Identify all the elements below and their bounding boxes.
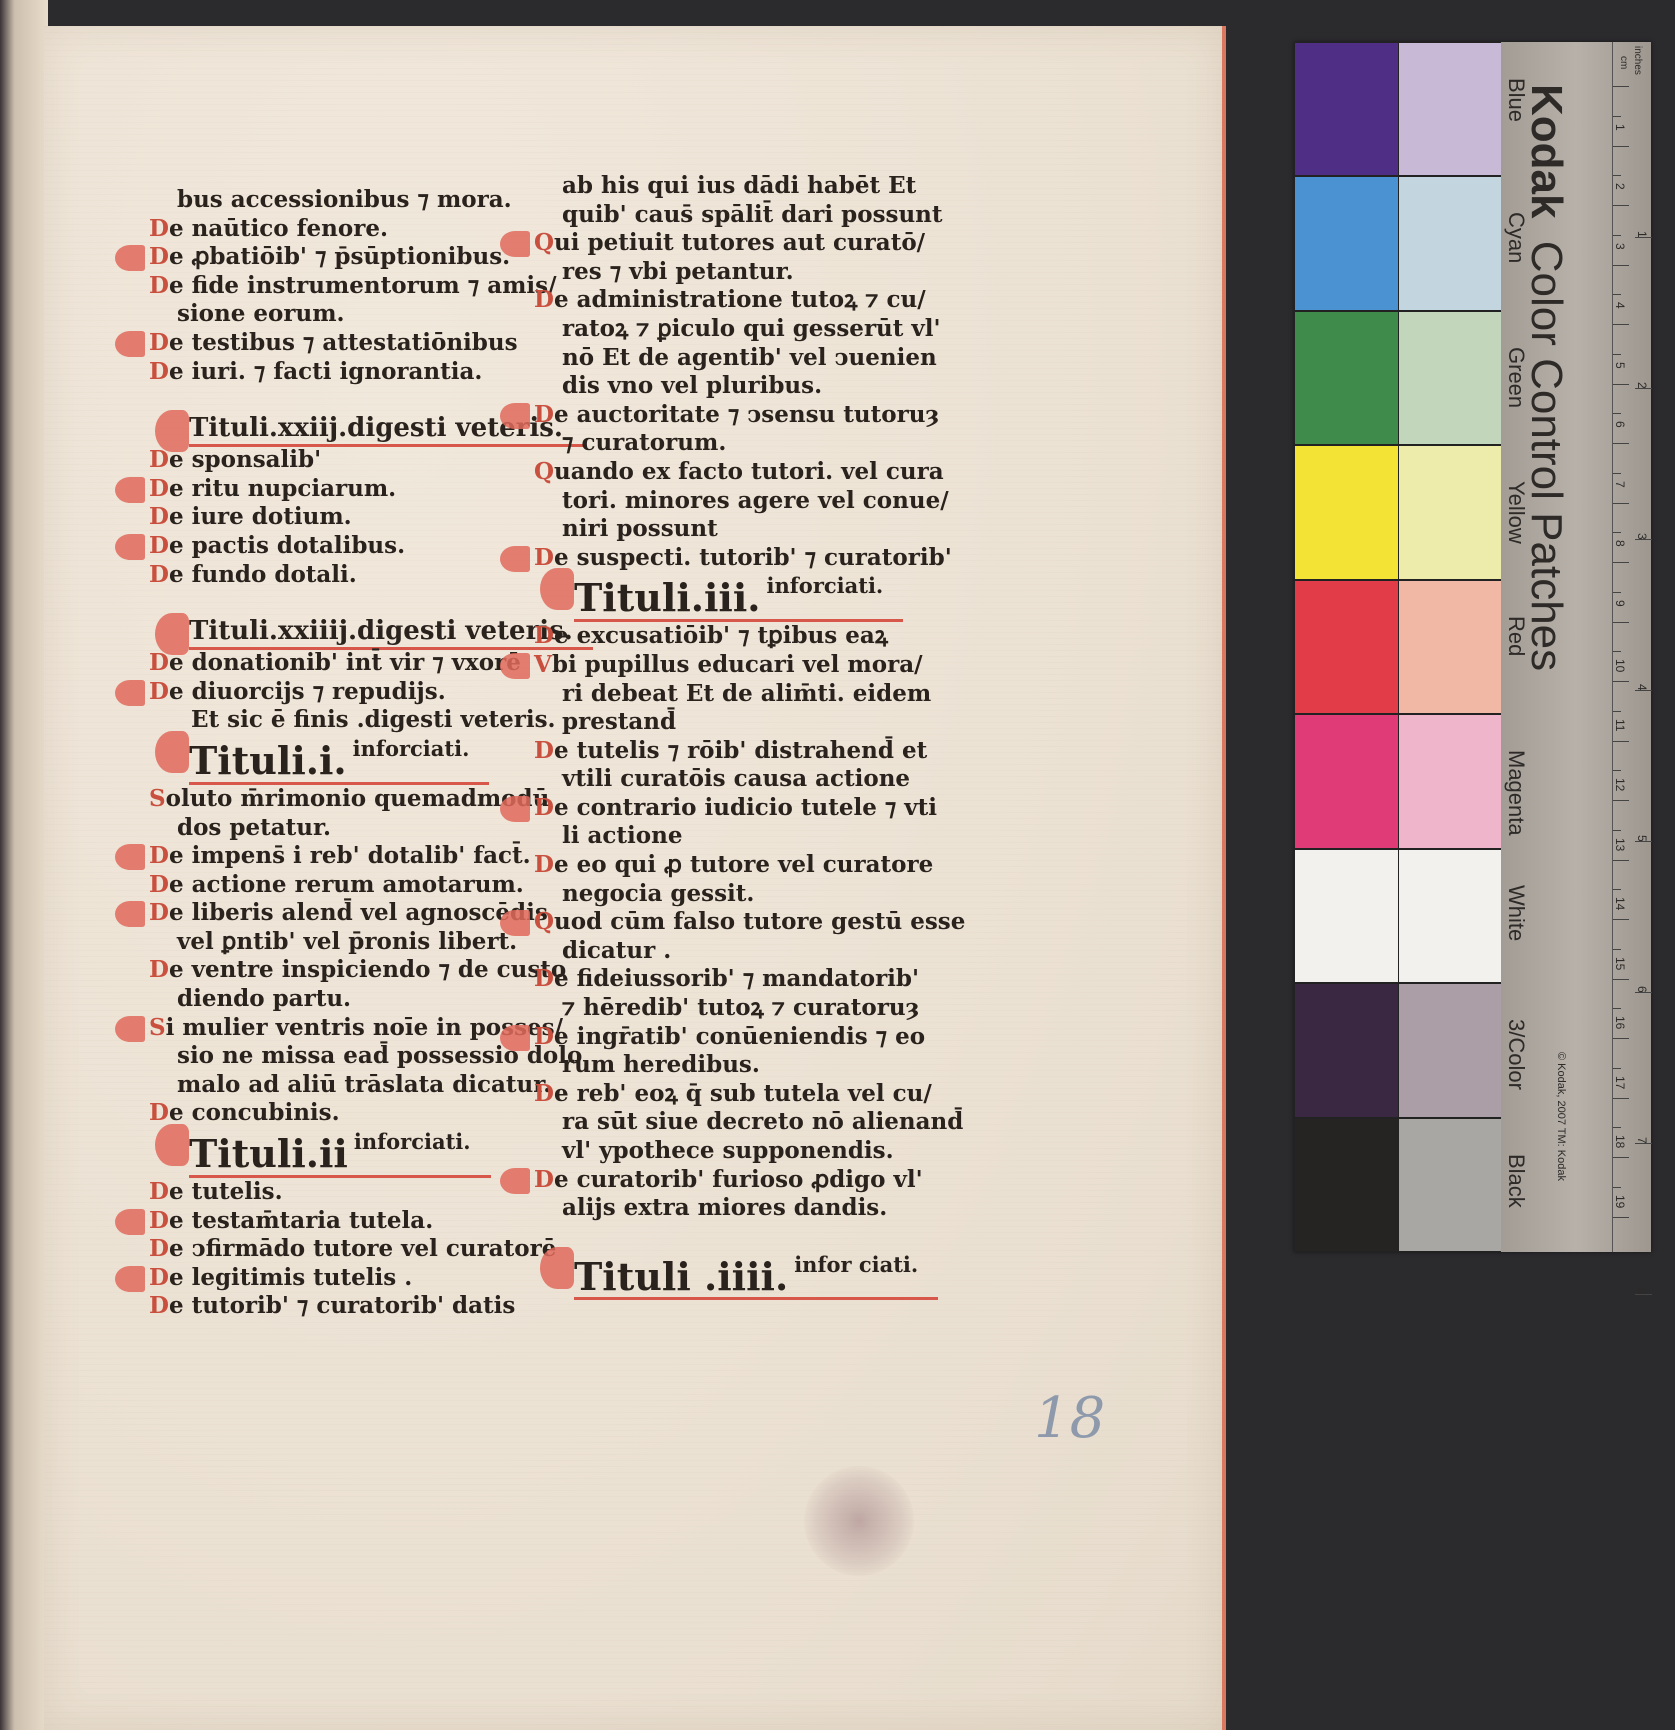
cm-tick-label: 11	[1613, 719, 1627, 731]
cm-tick-label: 14	[1613, 897, 1627, 910]
inch-tick	[1635, 1294, 1652, 1295]
red-paragraph-mark	[115, 331, 145, 357]
cm-tick-label: 19	[1613, 1195, 1627, 1208]
red-paragraph-mark	[500, 1025, 530, 1051]
patch-label: White	[1503, 885, 1529, 941]
ruler-tick	[1613, 1127, 1621, 1128]
text-line: De iuri. ⁊ facti ignorantia.	[149, 358, 582, 387]
ruler-tick	[1613, 949, 1621, 950]
patch-label: Blue	[1503, 78, 1529, 122]
text-line: De ↄfirmādo tutore vel curatorē	[149, 1235, 582, 1264]
titulus-subtitle: inforciati.	[354, 1129, 471, 1154]
inch-tick	[1635, 237, 1652, 238]
ruler-tick	[1613, 1008, 1621, 1009]
text-line: De testam̄taria tutela.	[149, 1207, 582, 1236]
ruler-tick	[1613, 979, 1629, 980]
manuscript-page: 18 bus accessionibus ⁊ mora.De naūtico f…	[44, 26, 1226, 1730]
inch-tick	[1635, 992, 1652, 993]
text-line: De curatorib' furioso ꝓdigo vl'	[534, 1166, 965, 1195]
titulus-subtitle: infor ciati.	[794, 1252, 918, 1277]
cm-tick-label: 9	[1613, 600, 1627, 607]
text-line: De diuorcijs ⁊ repudijs.	[149, 678, 582, 707]
cm-tick-label: 12	[1613, 778, 1627, 791]
text-line: ra sūt siue decreto nō alienand̄	[534, 1108, 965, 1137]
text-line: Quando ex facto tutori. vel cura	[534, 458, 965, 487]
text-line: De auctoritate ⁊ ↄsensu tutoruȝ	[534, 401, 965, 430]
cm-tick-label: 8	[1613, 540, 1627, 547]
text-line: Quod cūm falso tutore gestū esse	[534, 908, 965, 937]
ruler-tick	[1613, 1157, 1629, 1158]
patch-label: Cyan	[1503, 212, 1529, 263]
ruler-tick	[1613, 681, 1629, 682]
inch-tick	[1635, 388, 1652, 389]
text-line: vtili curatōis causa actione	[534, 765, 965, 794]
kodak-color-chart: Kodak Color Control Patches BlueCyanGree…	[1294, 42, 1651, 1252]
column-gap	[534, 1223, 965, 1251]
cm-tick-label: 1	[1613, 124, 1627, 131]
red-paragraph-mark	[115, 680, 145, 706]
red-capital-mark	[540, 568, 574, 610]
cm-tick-label: 6	[1613, 421, 1627, 428]
titulus-subtitle: inforciati.	[767, 573, 884, 598]
red-paragraph-mark	[115, 1209, 145, 1235]
titulus-main: Tituli.ii	[189, 1131, 348, 1176]
text-line: vl' ypothece supponendis.	[534, 1137, 965, 1166]
patch-yellow-dark	[1294, 445, 1399, 579]
text-line: Et sic ē finis .digesti veteris.	[149, 706, 582, 735]
ruler-tick	[1613, 532, 1621, 533]
text-line: bus accessionibus ⁊ mora.	[149, 186, 582, 215]
text-line: De fideiussorib' ⁊ mandatorib'	[534, 965, 965, 994]
right-text-column: ab his qui ius dādi habēt Etquib' caus̄ …	[534, 172, 965, 1301]
text-line: ri debeat Et de alim̄ti. eidem	[534, 680, 965, 709]
patch-white-light	[1398, 849, 1502, 983]
ruler-tick	[1613, 860, 1629, 861]
text-line: Vbi pupillus educari vel mora/	[534, 651, 965, 680]
patch-white-dark	[1294, 849, 1399, 983]
titulus-main: Tituli .iiii.	[574, 1254, 788, 1299]
ruler-tick	[1613, 800, 1629, 801]
titulus-heading: Tituli.iii.inforciati.	[534, 572, 965, 622]
patch-label: Black	[1503, 1154, 1529, 1208]
cm-tick-label: 13	[1613, 838, 1627, 851]
patch-label: Green	[1503, 347, 1529, 408]
text-line: De excusatiōib' ⁊ tꝑibus eaꝝ	[534, 622, 965, 651]
cm-tick-label: 10	[1613, 659, 1627, 672]
cm-tick-label: 15	[1613, 957, 1627, 970]
red-paragraph-mark	[500, 231, 530, 257]
stain-mark	[804, 1466, 914, 1576]
red-rule-line	[574, 1297, 938, 1300]
ruler-tick	[1613, 503, 1629, 504]
adjacent-page-edge	[0, 0, 48, 1730]
ruler-tick	[1613, 622, 1629, 623]
kodak-brand: Kodak	[1522, 84, 1571, 218]
titulus-main: Tituli.iii.	[574, 575, 761, 620]
ruler-tick	[1613, 1038, 1629, 1039]
patch-label: 3/Color	[1503, 1019, 1529, 1090]
patch-blue-light	[1398, 42, 1502, 176]
text-line: malo ad aliū trāslata dicatur.	[149, 1071, 582, 1100]
titulus-heading: Tituli.i.inforciati.	[149, 735, 582, 785]
text-line: De ingr̄atib' conūeniendis ⁊ eo	[534, 1023, 965, 1052]
titulus-subtitle: inforciati.	[353, 736, 470, 761]
patch-label: Magenta	[1503, 750, 1529, 836]
patch-green-dark	[1294, 311, 1399, 445]
text-line: quib' caus̄ spālit̄ dari possunt	[534, 201, 965, 230]
text-line: diendo partu.	[149, 985, 582, 1014]
cm-tick-label: 17	[1613, 1076, 1627, 1089]
text-line: De tutorib' ⁊ curatorib' datis	[149, 1292, 582, 1321]
patch-blue-dark	[1294, 42, 1399, 176]
text-line: niri possunt	[534, 515, 965, 544]
titulus-heading: Tituli.xxiiij.digesti veteris.	[149, 617, 582, 649]
red-paragraph-mark	[115, 1016, 145, 1042]
ruler-tick	[1613, 830, 1621, 831]
cm-tick-label: 2	[1613, 183, 1627, 190]
red-capital-mark	[540, 1247, 574, 1289]
text-line: De iure dotium.	[149, 503, 582, 532]
cm-tick-label: 4	[1613, 302, 1627, 309]
text-line: sione eorum.	[149, 300, 582, 329]
patch-red-dark	[1294, 580, 1399, 714]
red-paragraph-mark	[500, 653, 530, 679]
text-line: De impens̄ i reb' dotalib' fact̄.	[149, 842, 582, 871]
patch-label: Red	[1503, 616, 1529, 656]
ruler-tick	[1613, 562, 1629, 563]
cm-tick-label: 18	[1613, 1135, 1627, 1148]
ruler-tick	[1613, 116, 1621, 117]
titulus-main: Tituli.i.	[189, 738, 347, 783]
patch-yellow-light	[1398, 445, 1502, 579]
ruler: inches cm 123456789101112131415161718191…	[1612, 42, 1652, 1252]
text-line: De tutelis ⁊ rōib' distrahend̄ et	[534, 737, 965, 766]
text-line: Qui petiuit tutores aut curatō/	[534, 229, 965, 258]
red-paragraph-mark	[115, 901, 145, 927]
ruler-tick	[1613, 1068, 1621, 1069]
inch-tick	[1635, 841, 1652, 842]
red-paragraph-mark	[115, 534, 145, 560]
red-capital-mark	[155, 1124, 189, 1166]
left-text-column: bus accessionibus ⁊ mora.De naūtico feno…	[149, 186, 582, 1321]
patch-black-dark	[1294, 1118, 1399, 1252]
patch-magenta-light	[1398, 714, 1502, 848]
text-line: De reb' eoꝝ q̄ sub tutela vel cu/	[534, 1080, 965, 1109]
cm-tick-label: 7	[1613, 481, 1627, 488]
text-line: ⁊ curatorum.	[534, 429, 965, 458]
red-capital-mark	[155, 731, 189, 773]
patch-cyan-dark	[1294, 176, 1399, 310]
ruler-tick	[1613, 741, 1629, 742]
ruler-tick	[1613, 205, 1629, 206]
patch-red-light	[1398, 580, 1502, 714]
cm-tick-label: 16	[1613, 1016, 1627, 1029]
patch-cyan-light	[1398, 176, 1502, 310]
ruler-tick	[1613, 324, 1629, 325]
text-line: res ⁊ vbi petantur.	[534, 258, 965, 287]
text-line: De ventre inspiciendo ⁊ de custo	[149, 956, 582, 985]
text-line: dicatur .	[534, 937, 965, 966]
red-paragraph-mark	[115, 844, 145, 870]
folio-number: 18	[1034, 1386, 1105, 1451]
patch-green-light	[1398, 311, 1502, 445]
text-line: De testibus ⁊ attestatiōnibus	[149, 329, 582, 358]
cm-label: cm	[1618, 56, 1629, 69]
ruler-tick	[1613, 651, 1621, 652]
ruler-tick	[1613, 86, 1629, 87]
text-line: nō Et de agentib' vel ↄuenien	[534, 344, 965, 373]
patch-magenta-dark	[1294, 714, 1399, 848]
patch-3-color-light	[1398, 983, 1502, 1117]
text-line: li actione	[534, 822, 965, 851]
cm-tick-label: 5	[1613, 362, 1627, 369]
text-line: tori. minores agere vel conue/	[534, 487, 965, 516]
ruler-tick	[1613, 1098, 1629, 1099]
text-line: De contrario iudicio tutele ⁊ vti	[534, 794, 965, 823]
ruler-tick	[1613, 294, 1621, 295]
text-line: negocia gessit.	[534, 880, 965, 909]
ruler-tick	[1613, 413, 1621, 414]
red-paragraph-mark	[500, 910, 530, 936]
ruler-tick	[1613, 354, 1621, 355]
red-paragraph-mark	[500, 546, 530, 572]
text-line: De legitimis tutelis .	[149, 1264, 582, 1293]
text-line: De actione rerum amotarum.	[149, 871, 582, 900]
red-paragraph-mark	[500, 403, 530, 429]
copyright-text: © Kodak, 2007 TM: Kodak	[1555, 1052, 1567, 1181]
ruler-tick	[1613, 711, 1621, 712]
text-line: rum heredibus.	[534, 1051, 965, 1080]
red-paragraph-mark	[115, 477, 145, 503]
text-line: ab his qui ius dādi habēt Et	[534, 172, 965, 201]
ruler-tick	[1613, 919, 1629, 920]
ruler-tick	[1613, 265, 1629, 266]
text-line: alijs extra miores dandis.	[534, 1194, 965, 1223]
text-line: De sponsalib'	[149, 446, 582, 475]
inch-tick	[1635, 690, 1652, 691]
red-paragraph-mark	[115, 1266, 145, 1292]
text-line: ⁊ hēredib' tutoꝝ ⁊ curatoruȝ	[534, 994, 965, 1023]
inch-tick	[1635, 539, 1652, 540]
chart-subtitle: Color Control Patches	[1522, 241, 1571, 671]
text-line: De administratione tutoꝝ ⁊ cu/	[534, 286, 965, 315]
text-line: De concubinis.	[149, 1099, 582, 1128]
inch-tick	[1635, 1143, 1652, 1144]
ruler-tick	[1613, 146, 1629, 147]
inches-label: inches	[1632, 46, 1643, 75]
patch-3-color-dark	[1294, 983, 1399, 1117]
red-paragraph-mark	[115, 245, 145, 271]
ruler-tick	[1613, 473, 1621, 474]
ruler-tick	[1613, 384, 1629, 385]
red-paragraph-mark	[500, 1168, 530, 1194]
text-line: De fide instrumentorum ⁊ amis/	[149, 272, 582, 301]
ruler-tick	[1613, 889, 1621, 890]
text-line: De suspecti. tutorib' ⁊ curatorib'	[534, 544, 965, 573]
titulus-heading: Tituli .iiii.infor ciati.	[534, 1251, 965, 1301]
ruler-tick	[1613, 1217, 1629, 1218]
ruler-tick	[1613, 175, 1621, 176]
text-line: De eo qui ꝓ tutore vel curatore	[534, 851, 965, 880]
text-line: De ritu nupciarum.	[149, 475, 582, 504]
text-line: prestand̄	[534, 708, 965, 737]
ruler-tick	[1613, 235, 1621, 236]
ruler-tick	[1613, 1187, 1621, 1188]
text-line: dis vno vel pluribus.	[534, 372, 965, 401]
patch-label: Yellow	[1503, 481, 1529, 544]
ruler-tick	[1613, 770, 1621, 771]
ruler-tick	[1613, 592, 1621, 593]
red-paragraph-mark	[500, 796, 530, 822]
cm-tick-label: 3	[1613, 243, 1627, 250]
column-gap	[149, 589, 582, 617]
text-line: ratoꝝ ⁊ ꝑiculo qui gesserūt vl'	[534, 315, 965, 344]
ruler-tick	[1613, 443, 1629, 444]
patch-black-light	[1398, 1118, 1502, 1252]
titulus-main: Tituli.xxiiij.digesti veteris.	[189, 616, 573, 646]
